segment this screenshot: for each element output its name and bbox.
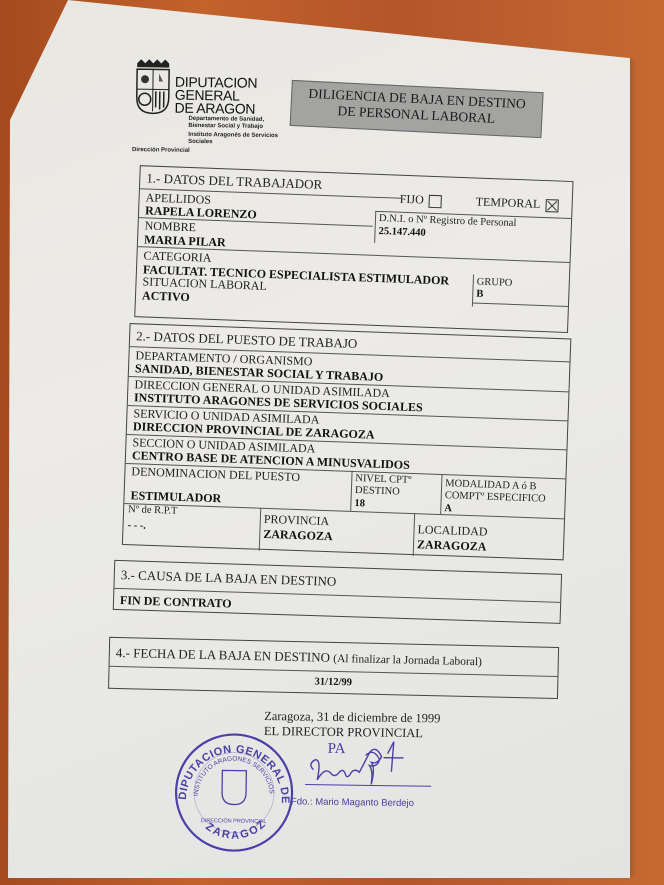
grupo-label: GRUPO — [477, 277, 513, 289]
official-stamp: DIPUTACION GENERAL DE ARAGON INSTITUTO A… — [171, 730, 297, 856]
divider — [259, 508, 262, 551]
coat-of-arms-icon — [133, 57, 174, 116]
institute-line-2: Sociales — [188, 138, 278, 146]
handwritten-signature: PA — [295, 734, 436, 796]
department-name: Departamento de Sanidad, Bienestar Socia… — [188, 116, 264, 130]
cause-value: FIN DE CONTRATO — [120, 593, 232, 611]
org-logo-block: DIPUTACION GENERAL DE ARAGON Departament… — [133, 57, 293, 59]
temporal-checkbox[interactable] — [545, 199, 558, 212]
temporal-label: TEMPORAL — [475, 195, 540, 211]
divider — [374, 211, 376, 243]
rpt-label: Nº de R.P.T — [128, 504, 178, 517]
section-cause: 3.- CAUSA DE LA BAJA EN DESTINO FIN DE C… — [113, 560, 562, 624]
org-name-line-3: DE ARAGON — [175, 102, 257, 116]
rpt-value: - - -. — [127, 520, 146, 532]
institute-name: Instituto Aragonés de Servicios Sociales — [188, 132, 278, 146]
section4-heading-text: 4.- FECHA DE LA BAJA EN DESTINO — [116, 645, 330, 665]
document: DIPUTACION GENERAL DE ARAGON Departament… — [0, 0, 664, 885]
fijo-label: FIJO — [400, 192, 425, 207]
temporal-option: TEMPORAL — [475, 195, 558, 213]
modalidad-label-2: COMPTº ESPECIFICO — [445, 490, 546, 505]
provincia-value: ZARAGOZA — [263, 527, 333, 544]
fijo-checkbox[interactable] — [428, 195, 441, 208]
fijo-option: FIJO — [399, 192, 442, 209]
signer-name: Fdo.: Mario Maganto Berdejo — [291, 796, 414, 809]
section3-heading: 3.- CAUSA DE LA BAJA EN DESTINO — [121, 567, 337, 590]
nivel-label-2: DESTINO — [355, 485, 400, 498]
divider — [440, 474, 442, 514]
grupo-value: B — [476, 289, 483, 300]
divider — [472, 302, 568, 307]
document-title: DILIGENCIA DE BAJA EN DESTINO DE PERSONA… — [290, 80, 544, 138]
nivel-value: 18 — [354, 498, 365, 509]
divider — [413, 513, 416, 556]
department-line-2: Bienestar Social y Trabajo — [188, 122, 264, 130]
divider — [350, 471, 352, 511]
section-worker-data: 1.- DATOS DEL TRABAJADOR FIJO TEMPORAL A… — [134, 165, 573, 333]
section-date: 4.- FECHA DE LA BAJA EN DESTINO (Al fina… — [108, 637, 559, 699]
section4-heading-note: (Al finalizar la Jornada Laboral) — [333, 653, 482, 668]
pa-mark: PA — [328, 741, 346, 757]
section-job-data: 2.- DATOS DEL PUESTO DE TRABAJO DEPARTAM… — [122, 323, 571, 560]
modalidad-value: A — [444, 503, 452, 514]
divider — [124, 503, 564, 519]
org-name: DIPUTACION GENERAL DE ARAGON — [175, 76, 258, 116]
situacion-value: ACTIVO — [142, 288, 190, 305]
direction-label: Dirección Provincial — [132, 147, 190, 154]
localidad-value: ZARAGOZA — [417, 537, 487, 554]
dni-value: 25.147.440 — [378, 226, 426, 239]
section4-heading: 4.- FECHA DE LA BAJA EN DESTINO (Al fina… — [116, 645, 482, 669]
nivel-label-1: NIVEL CPTº — [355, 473, 412, 486]
